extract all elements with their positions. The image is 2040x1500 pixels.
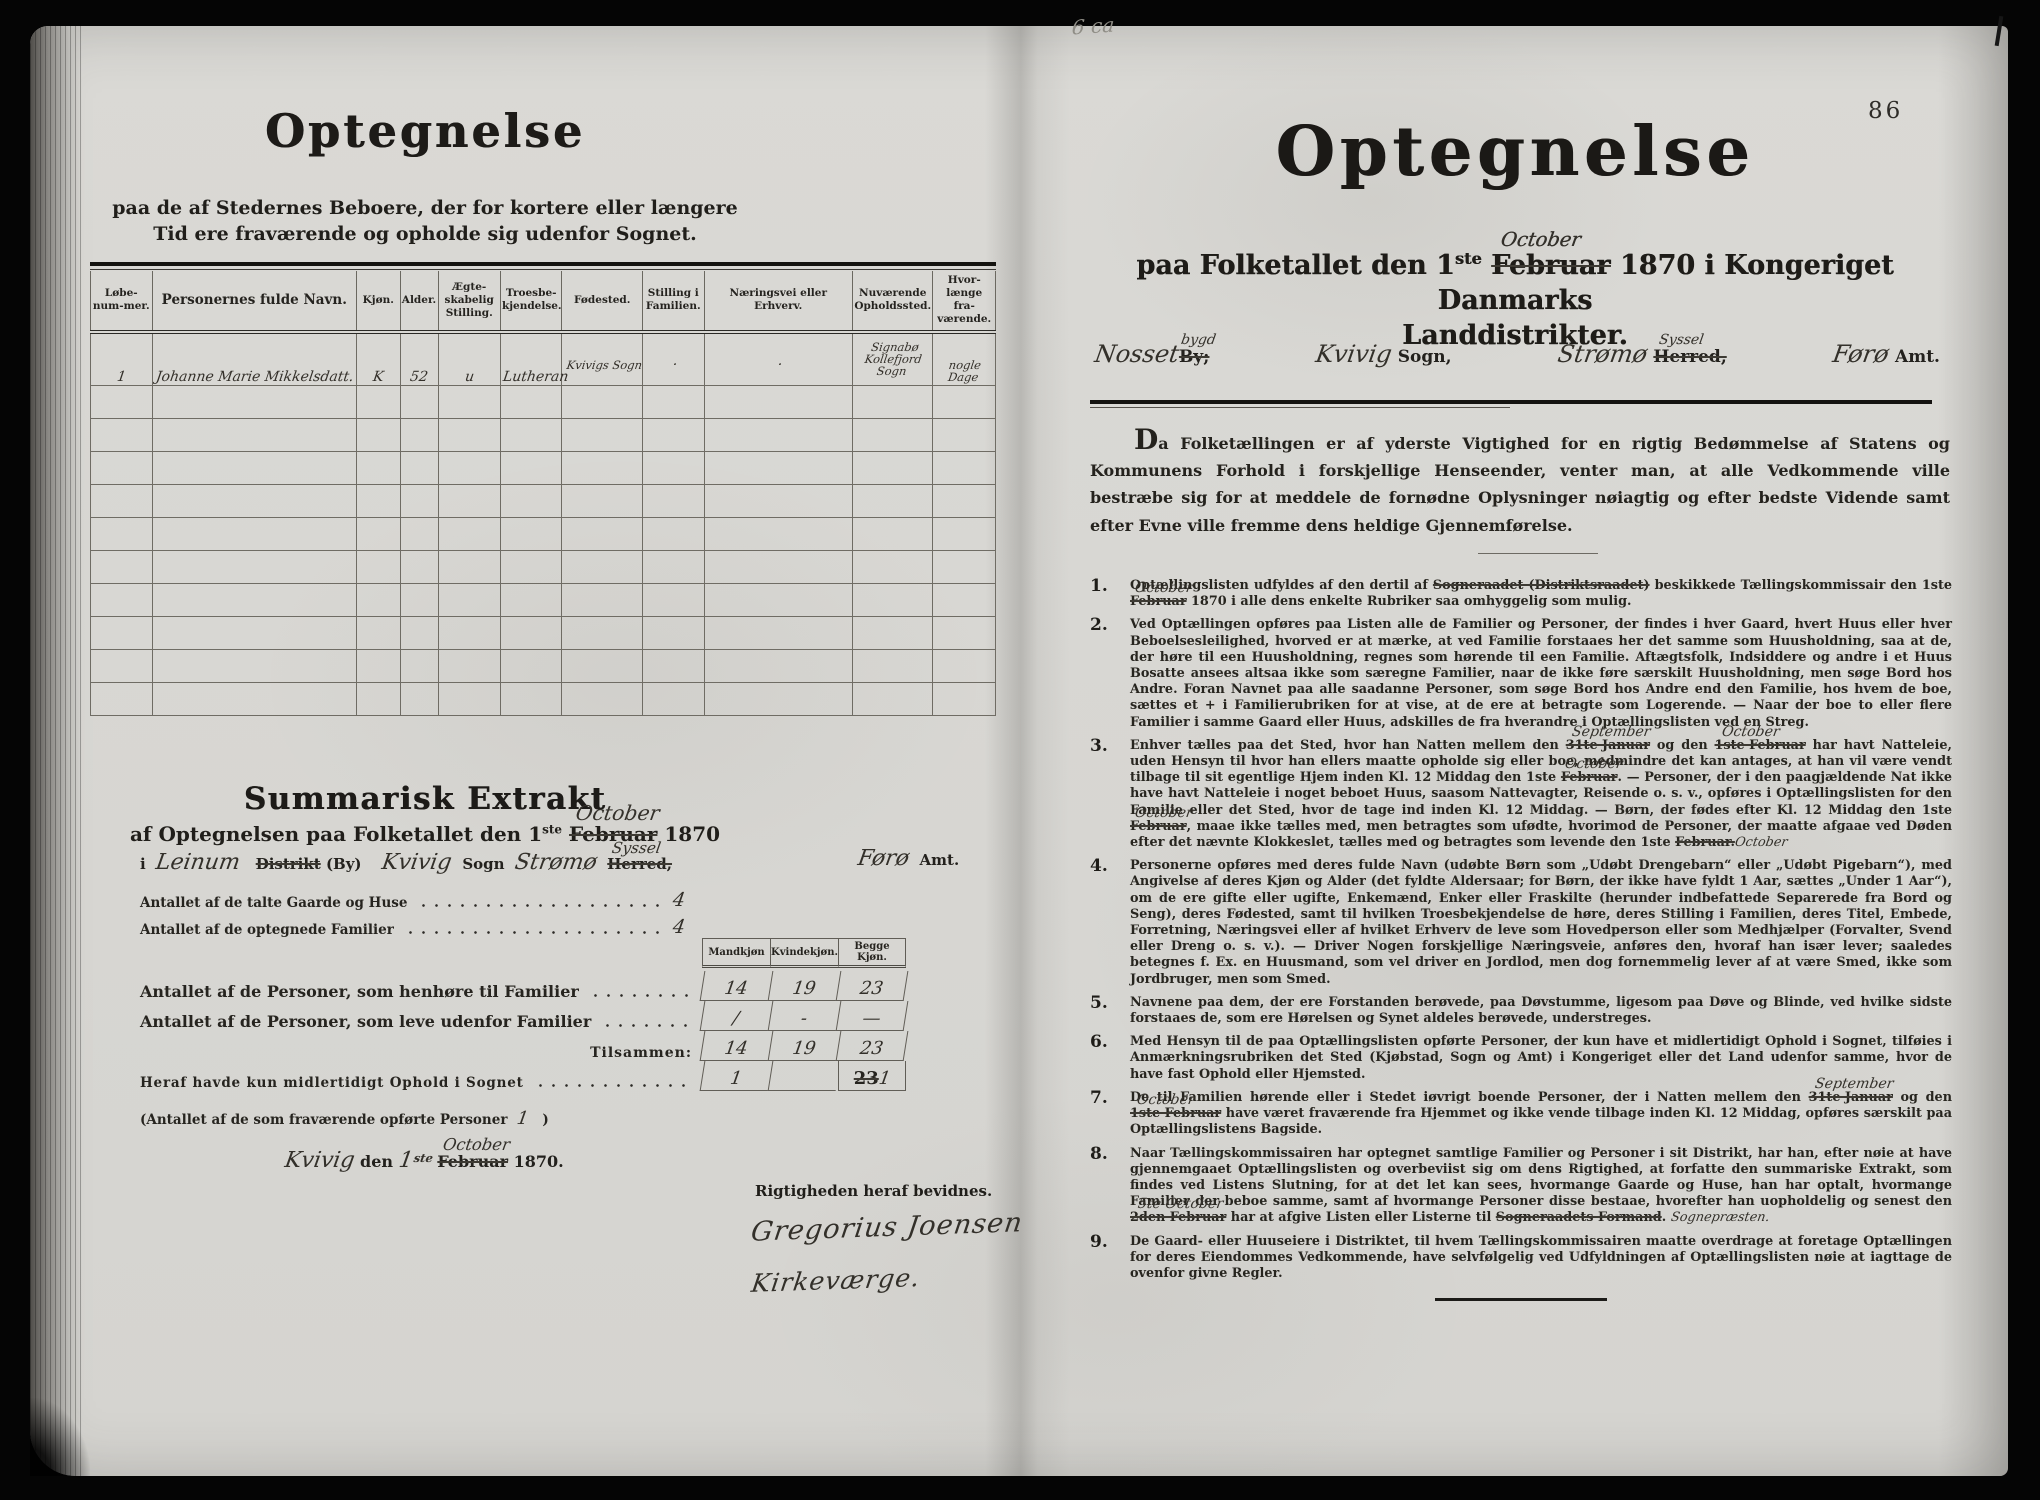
pencil-note: 6 ca [1071, 13, 1115, 40]
outside-families-total: — [836, 1001, 909, 1031]
instruction-text: De Gaard- eller Huuseiere i Distriktet, … [1130, 1234, 1952, 1283]
summary-subline: af Optegnelsen paa Folketallet den 1ste … [85, 822, 765, 846]
col-fodested: Fødested. [562, 271, 643, 332]
table-top-thin-rule [90, 269, 996, 270]
location-line: Nosset By;bygd Kvivig Sogn, Strømø Herre… [1095, 340, 1940, 368]
total-both: 23 [836, 1031, 909, 1061]
total-female: 19 [768, 1031, 841, 1061]
col-lobenummer: Løbe-num-mer. [91, 271, 153, 332]
date-line: Kvivig den 1ste FebruarOctober 1870. [285, 1148, 564, 1173]
attestation-line: Rigtigheden heraf bevidnes. [755, 1182, 992, 1200]
col-beggekjon: Begge Kjøn. [838, 938, 906, 968]
dot-leader [417, 904, 664, 907]
empty-table-row [91, 452, 996, 485]
houses-value: 4 [671, 889, 687, 911]
dot-leader [404, 931, 665, 934]
families-label: Antallet af de optegnede Familier [140, 922, 394, 938]
entry-name: Johanne Marie Mikkelsdatt. [154, 369, 354, 385]
location-sogn: Kvivig Sogn, [1316, 340, 1451, 368]
col-kvindekjon: Kvindekjøn. [770, 938, 838, 968]
empty-table-row [91, 683, 996, 716]
empty-table-row [91, 485, 996, 518]
entry-sex: K [372, 369, 385, 385]
entry-occupation: · [777, 357, 784, 373]
summary-row-temporary: Heraf havde kun midlertidigt Ophold i So… [140, 1061, 906, 1091]
right-page-title: Optegnelse [1085, 112, 1945, 192]
instruction-number: 2. [1090, 615, 1130, 728]
location-herred: Strømø Herred,Syssel [1558, 340, 1727, 368]
instruction-text: De til Familien hørende eller i Stedet i… [1130, 1090, 1952, 1139]
temporary-male: 1 [700, 1061, 773, 1091]
summary-row-outside-families: Antallet af de Personer, som leve udenfo… [140, 1001, 906, 1031]
instruction-item: 2. Ved Optællingen opføres paa Listen al… [1090, 617, 1952, 730]
intro-text: a Folketællingen er af yderste Vigtighed… [1090, 434, 1950, 535]
section-divider [1478, 553, 1598, 554]
empty-table-row [91, 518, 996, 551]
col-naeringsvei: Næringsvei eller Erhverv. [704, 271, 852, 332]
location-by: Nosset By;bygd [1095, 340, 1209, 368]
instruction-item: 4. Personerne opføres med deres fulde Na… [1090, 858, 1952, 988]
instruction-item: 1. Optællingslisten udfyldes af den dert… [1090, 578, 1952, 610]
instruction-item: 5. Navnene paa dem, der ere Forstanden b… [1090, 995, 1952, 1027]
instruction-item: 3. Enhver tælles paa det Sted, hvor han … [1090, 738, 1952, 851]
signature-title: Kirkeværge. [749, 1263, 922, 1298]
instruction-text: Navnene paa dem, der ere Forstanden berø… [1130, 995, 1952, 1027]
col-mandkjon: Mandkjøn [702, 938, 770, 968]
col-kjon: Kjøn. [357, 271, 400, 332]
dot-leader [601, 1024, 694, 1027]
instruction-number: 4. [1090, 856, 1130, 986]
outside-families-female: - [768, 1001, 841, 1031]
instruction-number: 7. [1090, 1088, 1130, 1137]
entry-row: 1 Johanne Marie Mikkelsdatt. K 52 u Luth… [91, 332, 996, 386]
outside-families-male: / [700, 1001, 773, 1031]
book-gutter-shadow [985, 26, 1070, 1476]
end-rule [1435, 1298, 1607, 1301]
entry-marital: u [464, 369, 475, 385]
empty-table-row [91, 584, 996, 617]
summary-row-in-families: Antallet af de Personer, som henhøre til… [140, 971, 906, 1001]
in-families-label: Antallet af de Personer, som henhøre til… [140, 982, 579, 1001]
summary-location-line: i Leinum Distrikt (By) Kvivig Sogn Strøm… [140, 850, 740, 875]
instruction-item: 9. De Gaard- eller Huuseiere i Distrikte… [1090, 1234, 1952, 1283]
entry-age: 52 [409, 369, 429, 385]
total-male: 14 [700, 1031, 773, 1061]
in-families-female: 19 [768, 971, 841, 1001]
absent-persons-note: (Antallet af de som fraværende opførte P… [140, 1108, 549, 1129]
col-stilling: Stilling i Familien. [643, 271, 705, 332]
col-opholdssted: Nuværende Opholdssted. [852, 271, 933, 332]
left-page-subtitle: paa de af Stedernes Beboere, der for kor… [95, 196, 755, 247]
instructions-list: 1. Optællingslisten udfyldes af den dert… [1090, 578, 1952, 1301]
entry-faith: Lutheran [502, 369, 570, 385]
instruction-text: Optællingslisten udfyldes af den dertil … [1130, 578, 1952, 610]
empty-table-row [91, 386, 996, 419]
entry-number: 1 [116, 369, 127, 385]
instruction-item: 8. Naar Tællingskommissairen har optegne… [1090, 1146, 1952, 1227]
instruction-text: Enhver tælles paa det Sted, hvor han Nat… [1130, 738, 1952, 851]
col-troesbekjendelse: Troesbe-kjendelse. [500, 271, 562, 332]
instruction-number: 1. [1090, 576, 1130, 608]
location-amt: Førø Amt. [1833, 340, 1940, 368]
empty-table-row [91, 419, 996, 452]
col-aegteskabelig: Ægte-skabelig Stilling. [438, 271, 500, 332]
dot-leader [534, 1084, 694, 1087]
left-page-title: Optegnelse [85, 104, 765, 158]
instruction-item: 7. De til Familien hørende eller i Stede… [1090, 1090, 1952, 1139]
summary-heading: Summarisk Extrakt [85, 781, 765, 817]
summary-row-total: Tilsammen: 14 19 23 [140, 1031, 906, 1061]
temporary-total: 23 1 [838, 1061, 906, 1091]
entry-birthplace: Kvivigs Sogn [565, 359, 642, 371]
entry-family-position: · [672, 357, 679, 373]
empty-table-row [91, 650, 996, 683]
heavy-rule-echo [1090, 407, 1510, 408]
page-stack-edge [30, 26, 82, 1476]
absentees-table: Løbe-num-mer. Personernes fulde Navn. Kj… [90, 262, 996, 716]
col-navn: Personernes fulde Navn. [152, 271, 357, 332]
summary-row-families: Antallet af de optegnede Familier 4 [140, 916, 685, 938]
instruction-number: 9. [1090, 1232, 1130, 1281]
empty-table-row [91, 617, 996, 650]
col-hvorlaenge: Hvor-længe fra-værende. [933, 271, 996, 332]
instruction-number: 6. [1090, 1032, 1130, 1081]
summary-location-amt: Førø Amt. [858, 846, 959, 871]
families-value: 4 [671, 916, 687, 938]
empty-table-row [91, 551, 996, 584]
instruction-number: 8. [1090, 1144, 1130, 1225]
temporary-label: Heraf havde kun midlertidigt Ophold i So… [140, 1075, 524, 1091]
corner-smudge [30, 1398, 90, 1476]
table-header-row: Løbe-num-mer. Personernes fulde Navn. Kj… [91, 271, 996, 332]
gender-table-header: Mandkjøn Kvindekjøn. Begge Kjøn. [140, 938, 906, 968]
dot-leader [589, 994, 694, 997]
instruction-text: Personerne opføres med deres fulde Navn … [1130, 858, 1952, 988]
in-families-male: 14 [700, 971, 773, 1001]
instruction-number: 5. [1090, 993, 1130, 1025]
summary-row-houses: Antallet af de talte Gaarde og Huse 4 [140, 889, 685, 911]
instruction-text: Ved Optællingen opføres paa Listen alle … [1130, 617, 1952, 730]
instruction-text: Naar Tællingskommissairen har optegnet s… [1130, 1146, 1952, 1227]
intro-paragraph: Da Folketællingen er af yderste Vigtighe… [1090, 430, 1950, 539]
intro-initial: D [1134, 423, 1158, 456]
heavy-rule [1090, 400, 1932, 404]
entry-absence-duration: nogle Dage [946, 359, 982, 383]
in-families-total: 23 [836, 971, 909, 1001]
temporary-female [768, 1061, 841, 1091]
col-alder: Alder. [400, 271, 438, 332]
instruction-number: 3. [1090, 736, 1130, 849]
entry-current-residence: Signabø Kollefjord Sogn [863, 341, 925, 377]
scanned-census-book-spread: Optegnelse paa de af Stedernes Beboere, … [0, 0, 2040, 1500]
total-label: Tilsammen: [140, 1045, 702, 1061]
outside-families-label: Antallet af de Personer, som leve udenfo… [140, 1012, 591, 1031]
houses-label: Antallet af de talte Gaarde og Huse [140, 895, 407, 911]
